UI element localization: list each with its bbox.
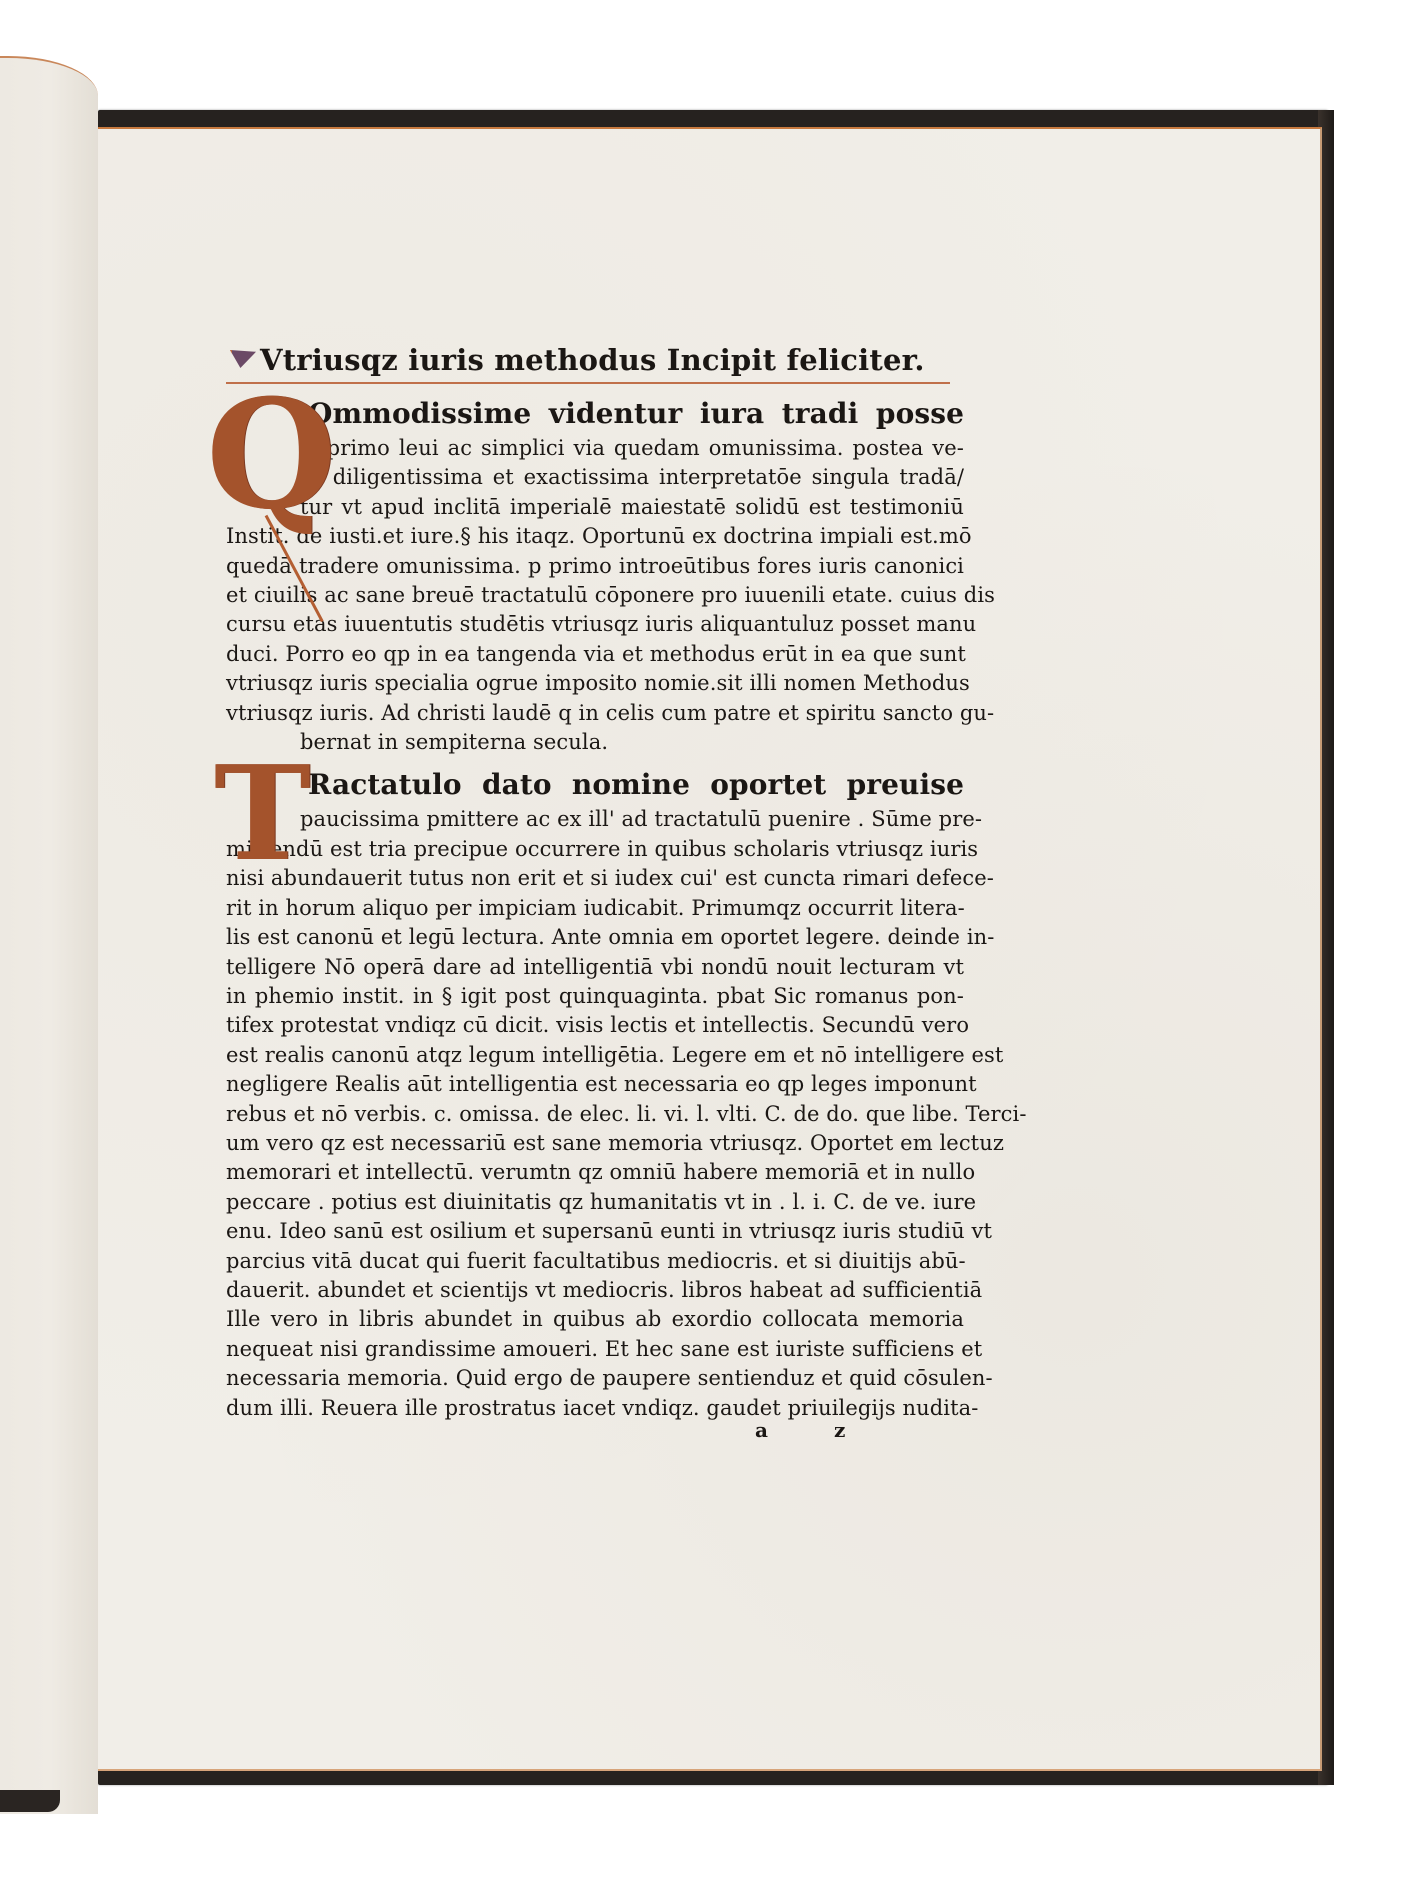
text-line: dum illi. Reuera ille prostratus iacet v… [226, 1394, 964, 1423]
rubricated-initial-t: T [214, 759, 311, 869]
text-line: um vero qz est necessariū est sane memor… [226, 1129, 964, 1158]
text-line: necessaria memoria. Quid ergo de paupere… [226, 1364, 964, 1393]
text-line: memorari et intellectū. verumtn qz omniū… [226, 1158, 964, 1187]
text-line: telligere Nō operā dare ad intelligentiā… [226, 953, 964, 982]
text-line: Ille vero in libris abundet in quibus ab… [226, 1305, 964, 1334]
paraph-mark-icon [230, 350, 256, 368]
text-line: vtriusqz iuris specialia ogrue imposito … [226, 669, 964, 698]
paragraph-1: Q Ommodissime videntur iura tradi posse … [226, 394, 964, 757]
text-line: paucissima pmittere ac ex ill' ad tracta… [226, 805, 964, 834]
text-line: Ommodissime videntur iura tradi posse [226, 394, 964, 434]
text-line: quedā tradere omunissima. p primo introe… [226, 552, 964, 581]
verso-page-edge [0, 56, 98, 1814]
rubricated-initial-q: Q [206, 390, 337, 520]
text-line: cursu etas iuuentutis studētis vtriusqz … [226, 610, 964, 639]
text-line: peccare . potius est diuinitatis qz huma… [226, 1188, 964, 1217]
text-line: est realis canonū atqz legum intelligēti… [226, 1041, 964, 1070]
text-line: vtriusqz iuris. Ad christi laudē q in ce… [226, 699, 964, 728]
text-line: tur vt apud inclitā imperialē maiestatē … [226, 493, 964, 522]
text-line: si primo leui ac simplici via quedam omu… [226, 434, 964, 463]
verso-cover-corner [0, 1790, 60, 1812]
paragraph-2: T Ractatulo dato nomine oportet preuise … [226, 765, 964, 1423]
signature-mark-a: a [755, 1418, 768, 1442]
incipit-text: Vtriusqz iuris methodus Incipit felicite… [260, 343, 925, 377]
text-line: dauerit. abundet et scientijs vt mediocr… [226, 1276, 964, 1305]
text-line: negligere Realis aūt intelligentia est n… [226, 1070, 964, 1099]
text-line: rebus et nō verbis. c. omissa. de elec. … [226, 1100, 964, 1129]
text-line: rit in horum aliquo per impiciam iudicab… [226, 894, 964, 923]
text-line: in phemio instit. in § igit post quinqua… [226, 982, 964, 1011]
text-line: parcius vitā ducat qui fuerit facultatib… [226, 1247, 964, 1276]
text-line: bernat in sempiterna secula. [226, 728, 964, 757]
signature-mark-z: z [834, 1418, 845, 1442]
text-line: nequeat nisi grandissime amoueri. Et hec… [226, 1335, 964, 1364]
text-line: mittendū est tria precipue occurrere in … [226, 835, 964, 864]
printed-text-block: Vtriusqz iuris methodus Incipit felicite… [226, 340, 964, 1423]
text-line: Ractatulo dato nomine oportet preuise [226, 765, 964, 805]
text-line: tifex protestat vndiqz cū dicit. visis l… [226, 1011, 964, 1040]
text-line: lis est canonū et legū lectura. Ante omn… [226, 923, 964, 952]
text-line: ro diligentissima et exactissima interpr… [226, 463, 964, 492]
text-line: duci. Porro eo qp in ea tangenda via et … [226, 640, 964, 669]
text-line: enu. Ideo sanū est osilium et supersanū … [226, 1217, 964, 1246]
text-line: nisi abundauerit tutus non erit et si iu… [226, 864, 964, 893]
text-line: et ciuilis ac sane breuē tractatulū cōpo… [226, 581, 964, 610]
text-line: Instit. de iusti.et iure.§ his itaqz. Op… [226, 522, 964, 551]
